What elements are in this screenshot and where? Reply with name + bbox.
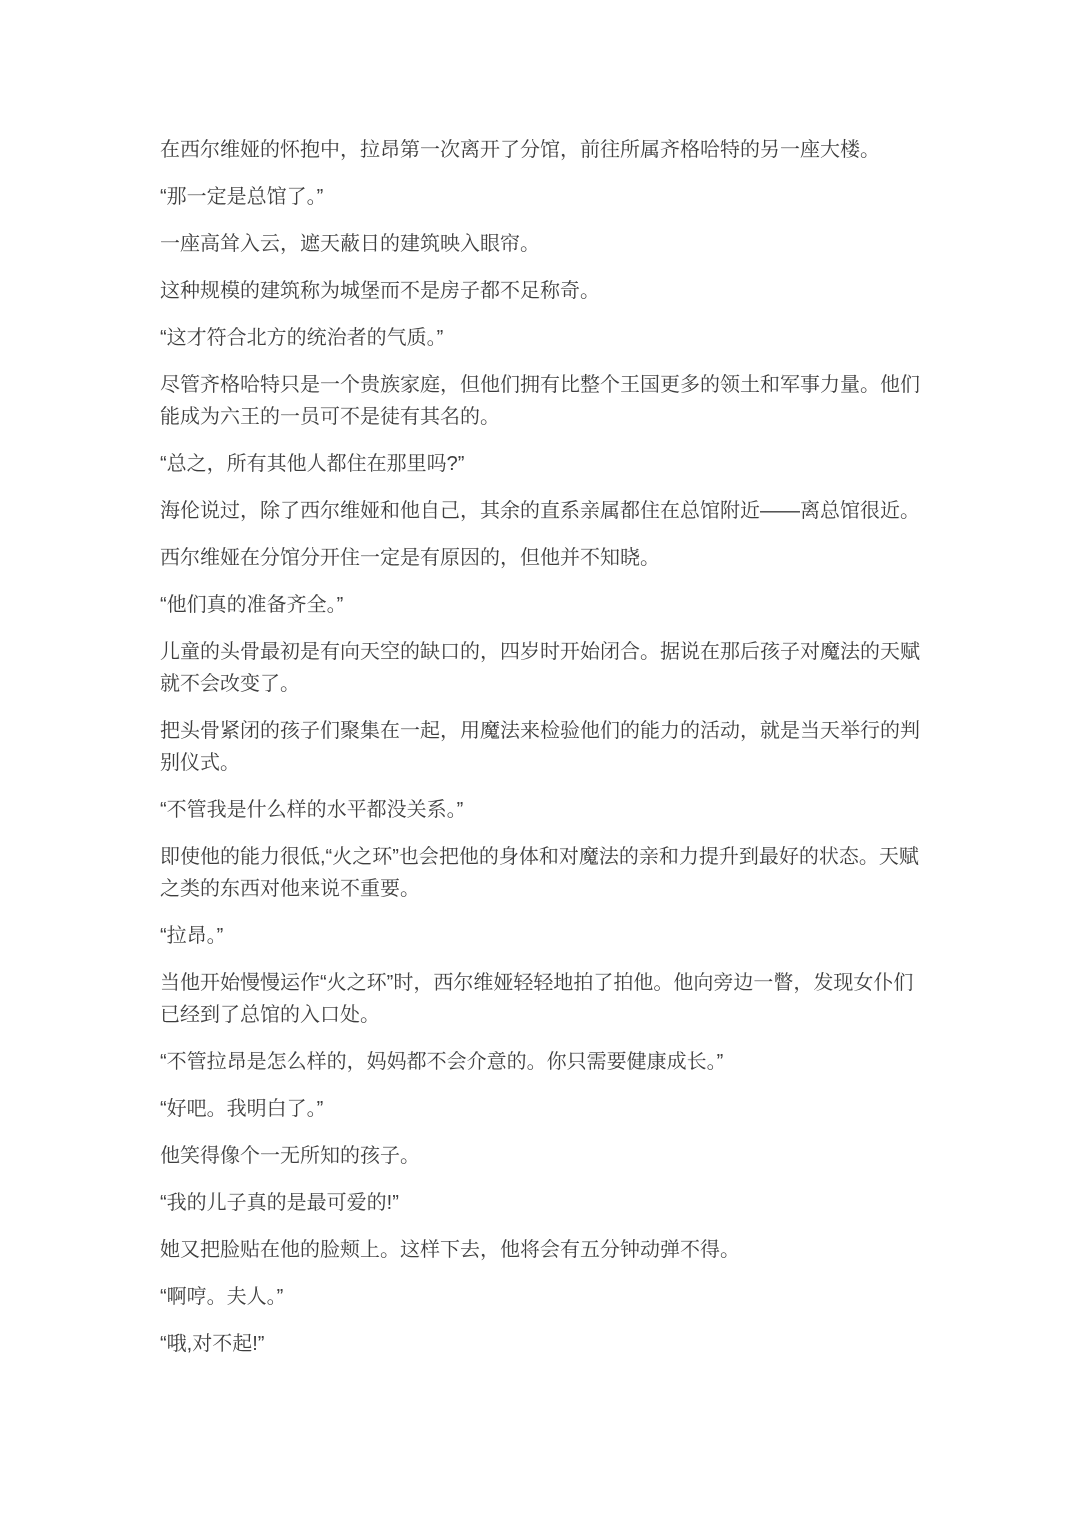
text-line: 尽管齐格哈特只是一个贵族家庭，但他们拥有比整个王国更多的领土和军事力量。他们 xyxy=(160,369,924,401)
text-line: “拉昂。” xyxy=(160,920,924,952)
text-line: 能成为六王的一员可不是徒有其名的。 xyxy=(160,401,924,433)
text-line: 这种规模的建筑称为城堡而不是房子都不足称奇。 xyxy=(160,275,924,307)
text-line: 西尔维娅在分馆分开住一定是有原因的，但他并不知晓。 xyxy=(160,542,924,574)
paragraph-15-dialogue: “拉昂。” xyxy=(160,920,924,952)
paragraph-06: 尽管齐格哈特只是一个贵族家庭，但他们拥有比整个王国更多的领土和军事力量。他们能成… xyxy=(160,369,924,433)
text-line: 儿童的头骨最初是有向天空的缺口的，四岁时开始闭合。据说在那后孩子对魔法的天赋 xyxy=(160,636,924,668)
paragraph-18-dialogue: “好吧。我明白了。” xyxy=(160,1093,924,1125)
text-line: “哦,对不起!” xyxy=(160,1328,924,1360)
paragraph-03: 一座高耸入云，遮天蔽日的建筑映入眼帘。 xyxy=(160,228,924,260)
paragraph-20-dialogue: “我的儿子真的是最可爱的!” xyxy=(160,1187,924,1219)
text-line: 已经到了总馆的入口处。 xyxy=(160,999,924,1031)
text-line: “不管拉昂是怎么样的，妈妈都不会介意的。你只需要健康成长。” xyxy=(160,1046,924,1078)
text-line: “总之，所有其他人都住在那里吗?” xyxy=(160,448,924,480)
paragraph-16: 当他开始慢慢运作“火之环”时，西尔维娅轻轻地拍了拍他。他向旁边一瞥，发现女仆们已… xyxy=(160,967,924,1031)
document-page: 在西尔维娅的怀抱中，拉昂第一次离开了分馆，前往所属齐格哈特的另一座大楼。 “那一… xyxy=(0,0,1074,1519)
paragraph-12: 把头骨紧闭的孩子们聚集在一起，用魔法来检验他们的能力的活动，就是当天举行的判别仪… xyxy=(160,715,924,779)
paragraph-01: 在西尔维娅的怀抱中，拉昂第一次离开了分馆，前往所属齐格哈特的另一座大楼。 xyxy=(160,134,924,166)
text-line: “不管我是什么样的水平都没关系。” xyxy=(160,794,924,826)
text-line: 把头骨紧闭的孩子们聚集在一起，用魔法来检验他们的能力的活动，就是当天举行的判 xyxy=(160,715,924,747)
text-line: “啊哼。夫人。” xyxy=(160,1281,924,1313)
paragraph-13-dialogue: “不管我是什么样的水平都没关系。” xyxy=(160,794,924,826)
paragraph-23-dialogue: “哦,对不起!” xyxy=(160,1328,924,1360)
text-line: 当他开始慢慢运作“火之环”时，西尔维娅轻轻地拍了拍他。他向旁边一瞥，发现女仆们 xyxy=(160,967,924,999)
text-line: “我的儿子真的是最可爱的!” xyxy=(160,1187,924,1219)
paragraph-19: 他笑得像个一无所知的孩子。 xyxy=(160,1140,924,1172)
paragraph-21: 她又把脸贴在他的脸颊上。这样下去，他将会有五分钟动弹不得。 xyxy=(160,1234,924,1266)
paragraph-07-dialogue: “总之，所有其他人都住在那里吗?” xyxy=(160,448,924,480)
text-line: “这才符合北方的统治者的气质。” xyxy=(160,322,924,354)
paragraph-11: 儿童的头骨最初是有向天空的缺口的，四岁时开始闭合。据说在那后孩子对魔法的天赋就不… xyxy=(160,636,924,700)
text-line: 就不会改变了。 xyxy=(160,668,924,700)
paragraph-17-dialogue: “不管拉昂是怎么样的，妈妈都不会介意的。你只需要健康成长。” xyxy=(160,1046,924,1078)
text-line: 即使他的能力很低,“火之环”也会把他的身体和对魔法的亲和力提升到最好的状态。天赋 xyxy=(160,841,924,873)
text-line: “他们真的准备齐全。” xyxy=(160,589,924,621)
paragraph-08: 海伦说过，除了西尔维娅和他自己，其余的直系亲属都住在总馆附近——离总馆很近。 xyxy=(160,495,924,527)
text-line: “那一定是总馆了。” xyxy=(160,181,924,213)
text-line: 他笑得像个一无所知的孩子。 xyxy=(160,1140,924,1172)
text-line: 她又把脸贴在他的脸颊上。这样下去，他将会有五分钟动弹不得。 xyxy=(160,1234,924,1266)
text-line: 一座高耸入云，遮天蔽日的建筑映入眼帘。 xyxy=(160,228,924,260)
paragraph-05-dialogue: “这才符合北方的统治者的气质。” xyxy=(160,322,924,354)
text-line: “好吧。我明白了。” xyxy=(160,1093,924,1125)
paragraph-14: 即使他的能力很低,“火之环”也会把他的身体和对魔法的亲和力提升到最好的状态。天赋… xyxy=(160,841,924,905)
paragraph-02-dialogue: “那一定是总馆了。” xyxy=(160,181,924,213)
text-line: 在西尔维娅的怀抱中，拉昂第一次离开了分馆，前往所属齐格哈特的另一座大楼。 xyxy=(160,134,924,166)
text-line: 别仪式。 xyxy=(160,747,924,779)
paragraph-10-dialogue: “他们真的准备齐全。” xyxy=(160,589,924,621)
text-line: 之类的东西对他来说不重要。 xyxy=(160,873,924,905)
paragraph-22-dialogue: “啊哼。夫人。” xyxy=(160,1281,924,1313)
text-line: 海伦说过，除了西尔维娅和他自己，其余的直系亲属都住在总馆附近——离总馆很近。 xyxy=(160,495,924,527)
paragraph-04: 这种规模的建筑称为城堡而不是房子都不足称奇。 xyxy=(160,275,924,307)
paragraph-09: 西尔维娅在分馆分开住一定是有原因的，但他并不知晓。 xyxy=(160,542,924,574)
